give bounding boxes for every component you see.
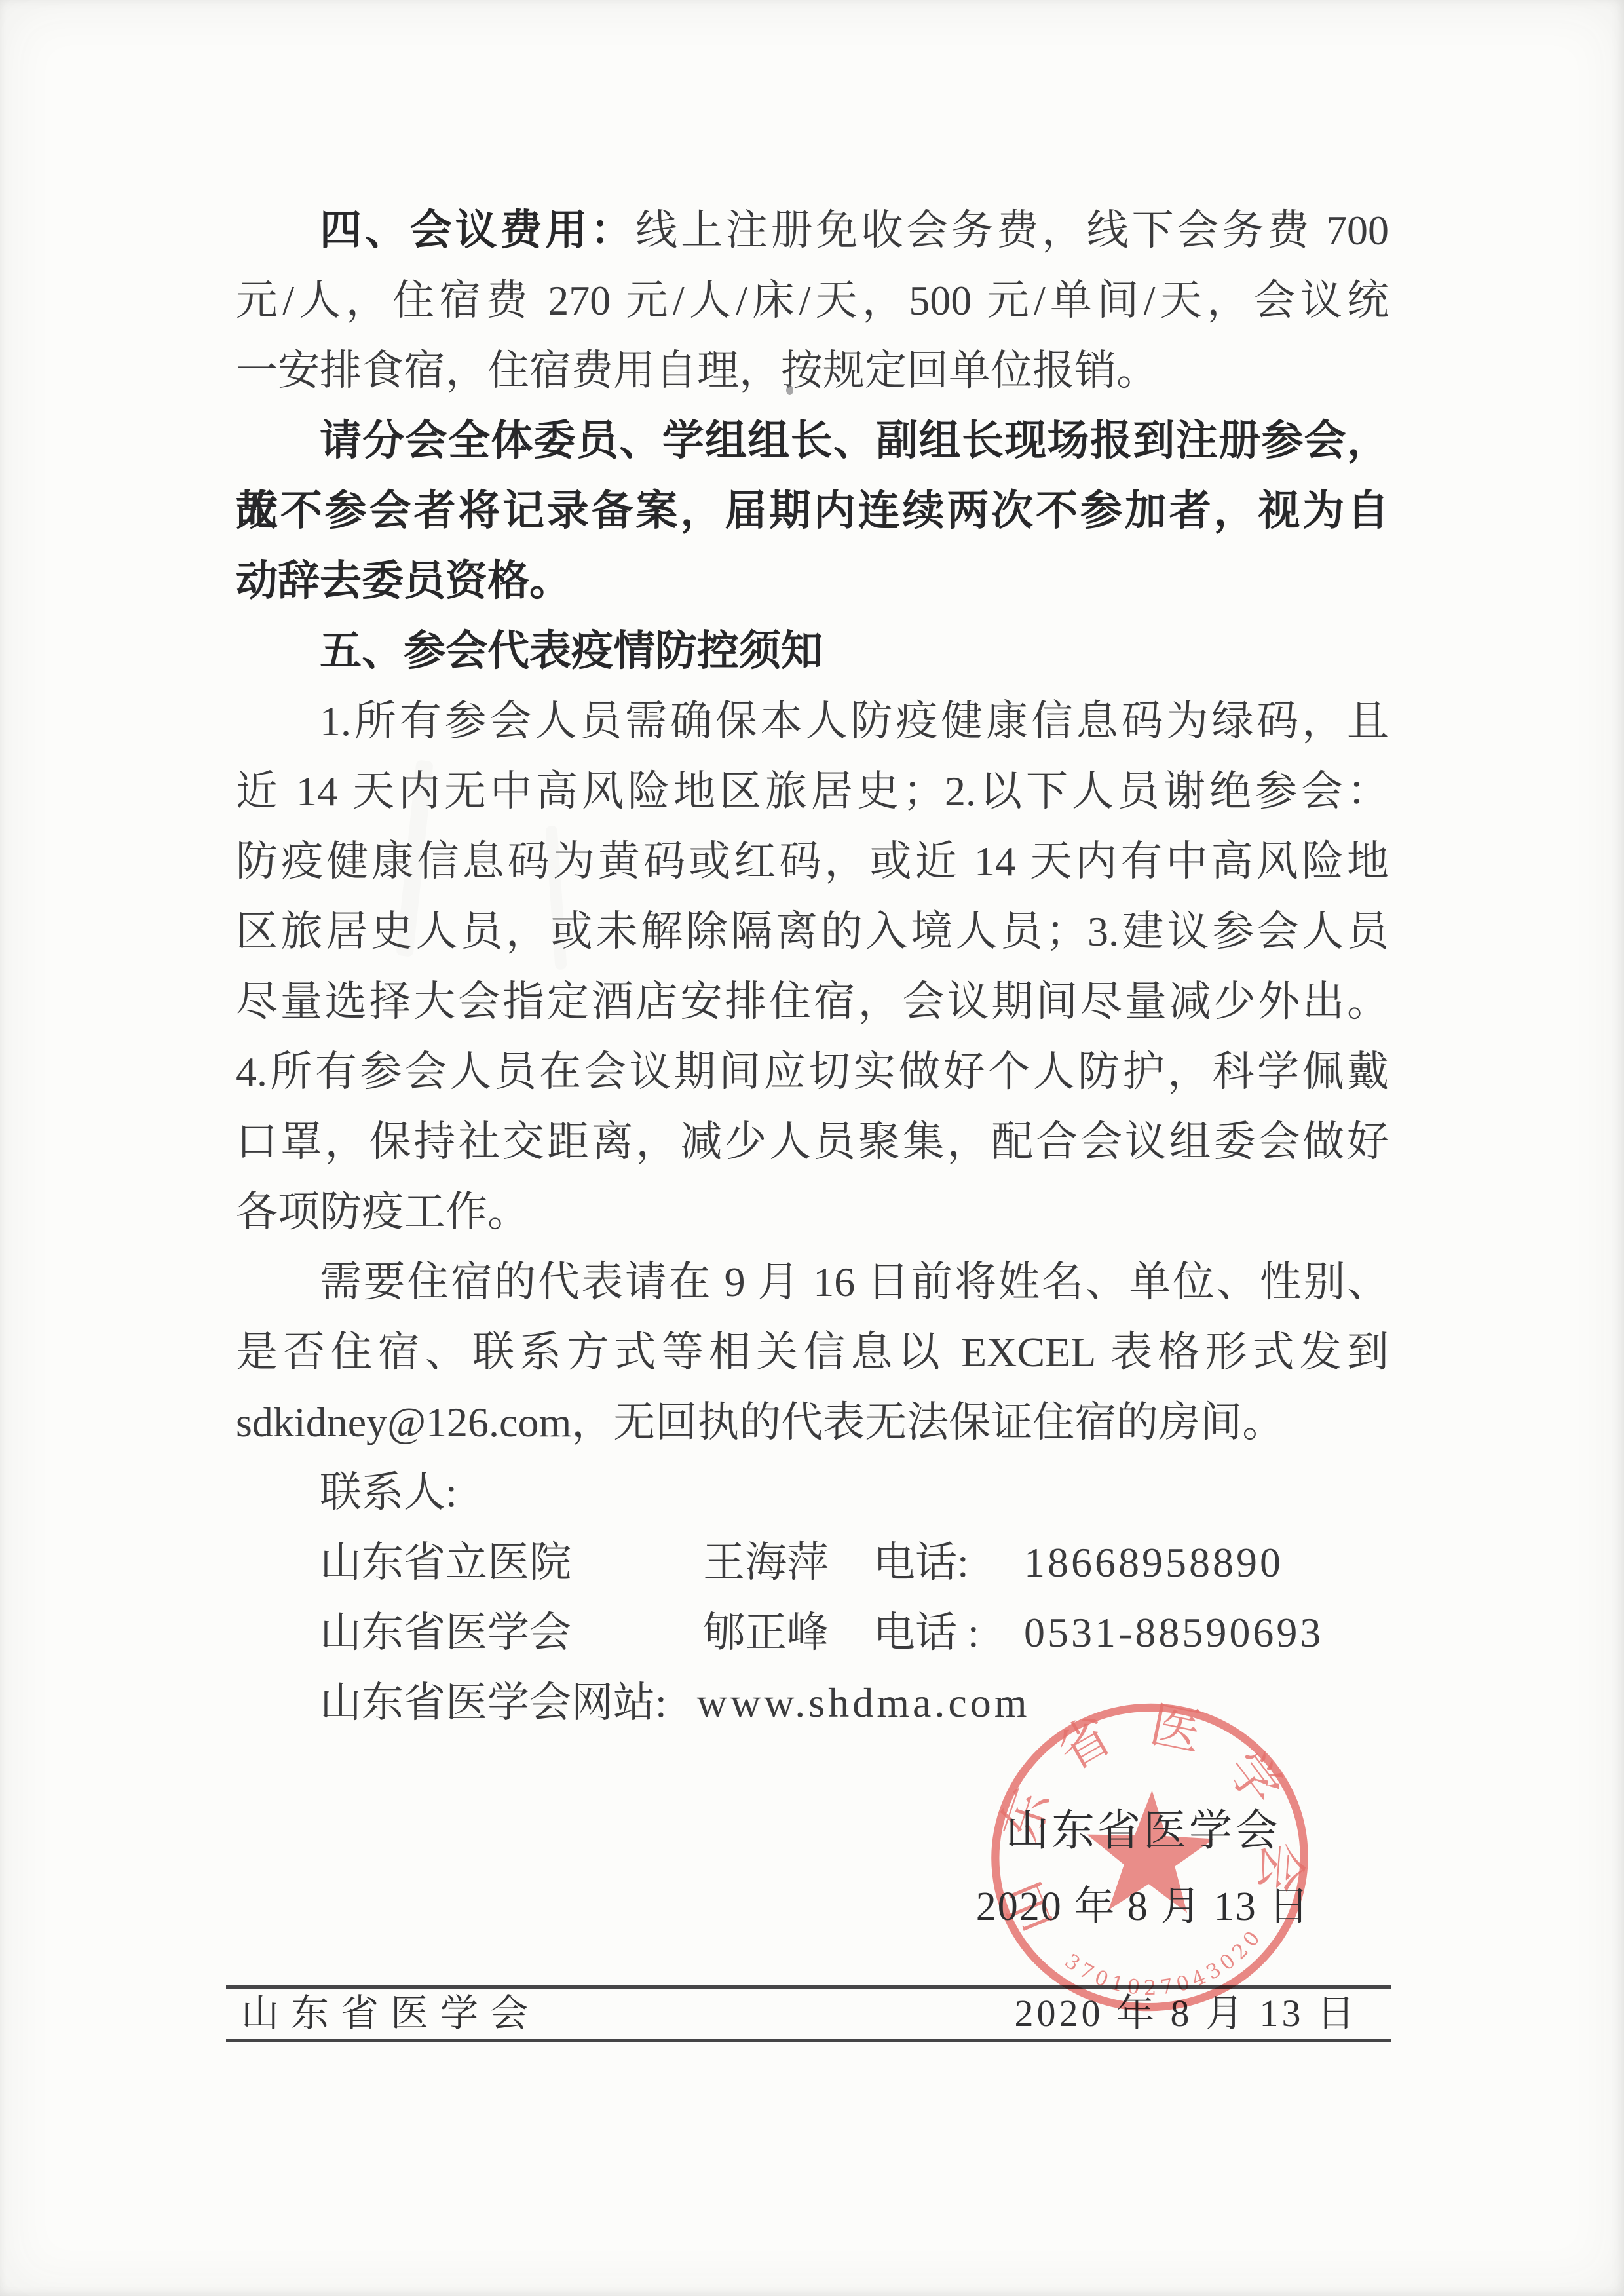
body-line-covid-6: 4.所有参会人员在会议期间应切实做好个人防护，科学佩戴	[236, 1037, 1389, 1107]
footer-rule-bottom	[226, 2039, 1391, 2042]
body-line-fee-1: 四、会议费用：线上注册免收会务费，线下会务费 700	[236, 195, 1389, 265]
scanned-notice-page: 四、会议费用：线上注册免收会务费，线下会务费 700 元/人，住宿费 270 元…	[0, 0, 1624, 2296]
contact-name: 郇正峰	[703, 1598, 873, 1668]
body-line-fee-2: 元/人，住宿费 270 元/人/床/天，500 元/单间/天，会议统	[236, 265, 1389, 335]
body-line-attend-1: 请分会全体委员、学组组长、副组长现场报到注册参会，无	[236, 406, 1389, 476]
body-line-fee-3: 一安排食宿，住宿费用自理，按规定回单位报销。	[236, 335, 1389, 406]
body-line-covid-2: 近 14 天内无中高风险地区旅居史；2.以下人员谢绝参会：	[236, 756, 1389, 826]
body-line-covid-5: 尽量选择大会指定酒店安排住宿，会议期间尽量减少外出。	[236, 966, 1389, 1037]
contact-org: 山东省医学会	[320, 1598, 703, 1668]
scan-speck	[786, 385, 793, 395]
footer-org: 山东省医学会	[241, 1989, 540, 2038]
body-line-hotel-1: 需要住宿的代表请在 9 月 16 日前将姓名、单位、性别、	[236, 1247, 1389, 1317]
document-body: 四、会议费用：线上注册免收会务费，线下会务费 700 元/人，住宿费 270 元…	[236, 195, 1389, 1738]
body-line-attend-2: 故不参会者将记录备案，届期内连续两次不参加者，视为自	[236, 476, 1389, 546]
signature-org: 山东省医学会	[911, 1803, 1376, 1860]
website-label: 山东省医学会网站:	[320, 1679, 667, 1726]
contacts-heading: 联系人:	[236, 1457, 1389, 1527]
contact-row-association: 山东省医学会 郇正峰 电话 : 0531-88590693	[236, 1598, 1389, 1668]
body-line-attend-3: 动辞去委员资格。	[236, 546, 1389, 616]
contact-row-hospital: 山东省立医院 王海萍 电话: 18668958890	[236, 1527, 1389, 1598]
body-line-hotel-3: sdkidney@126.com，无回执的代表无法保证住宿的房间。	[236, 1387, 1389, 1457]
contact-phone: 0531-88590693	[1024, 1598, 1323, 1668]
body-line-hotel-2: 是否住宿、联系方式等相关信息以 EXCEL 表格形式发到	[236, 1317, 1389, 1387]
section-four-heading: 四、会议费用：	[320, 207, 635, 254]
body-line-covid-8: 各项防疫工作。	[236, 1177, 1389, 1247]
signature-date: 2020 年 8 月 13 日	[911, 1881, 1376, 1933]
signature-block: 山东省医学会 2020 年 8 月 13 日	[911, 1803, 1376, 1933]
body-line-covid-7: 口罩，保持社交距离，减少人员聚集，配合会议组委会做好	[236, 1107, 1389, 1177]
contact-name: 王海萍	[703, 1527, 873, 1598]
body-line-covid-1: 1.所有参会人员需确保本人防疫健康信息码为绿码，且	[236, 686, 1389, 756]
contact-org: 山东省立医院	[320, 1527, 703, 1598]
phone-label: 电话:	[873, 1527, 1024, 1598]
phone-label: 电话 :	[873, 1598, 1024, 1668]
section-five-heading: 五、参会代表疫情防控须知	[236, 616, 1389, 686]
contact-phone: 18668958890	[1024, 1527, 1283, 1598]
